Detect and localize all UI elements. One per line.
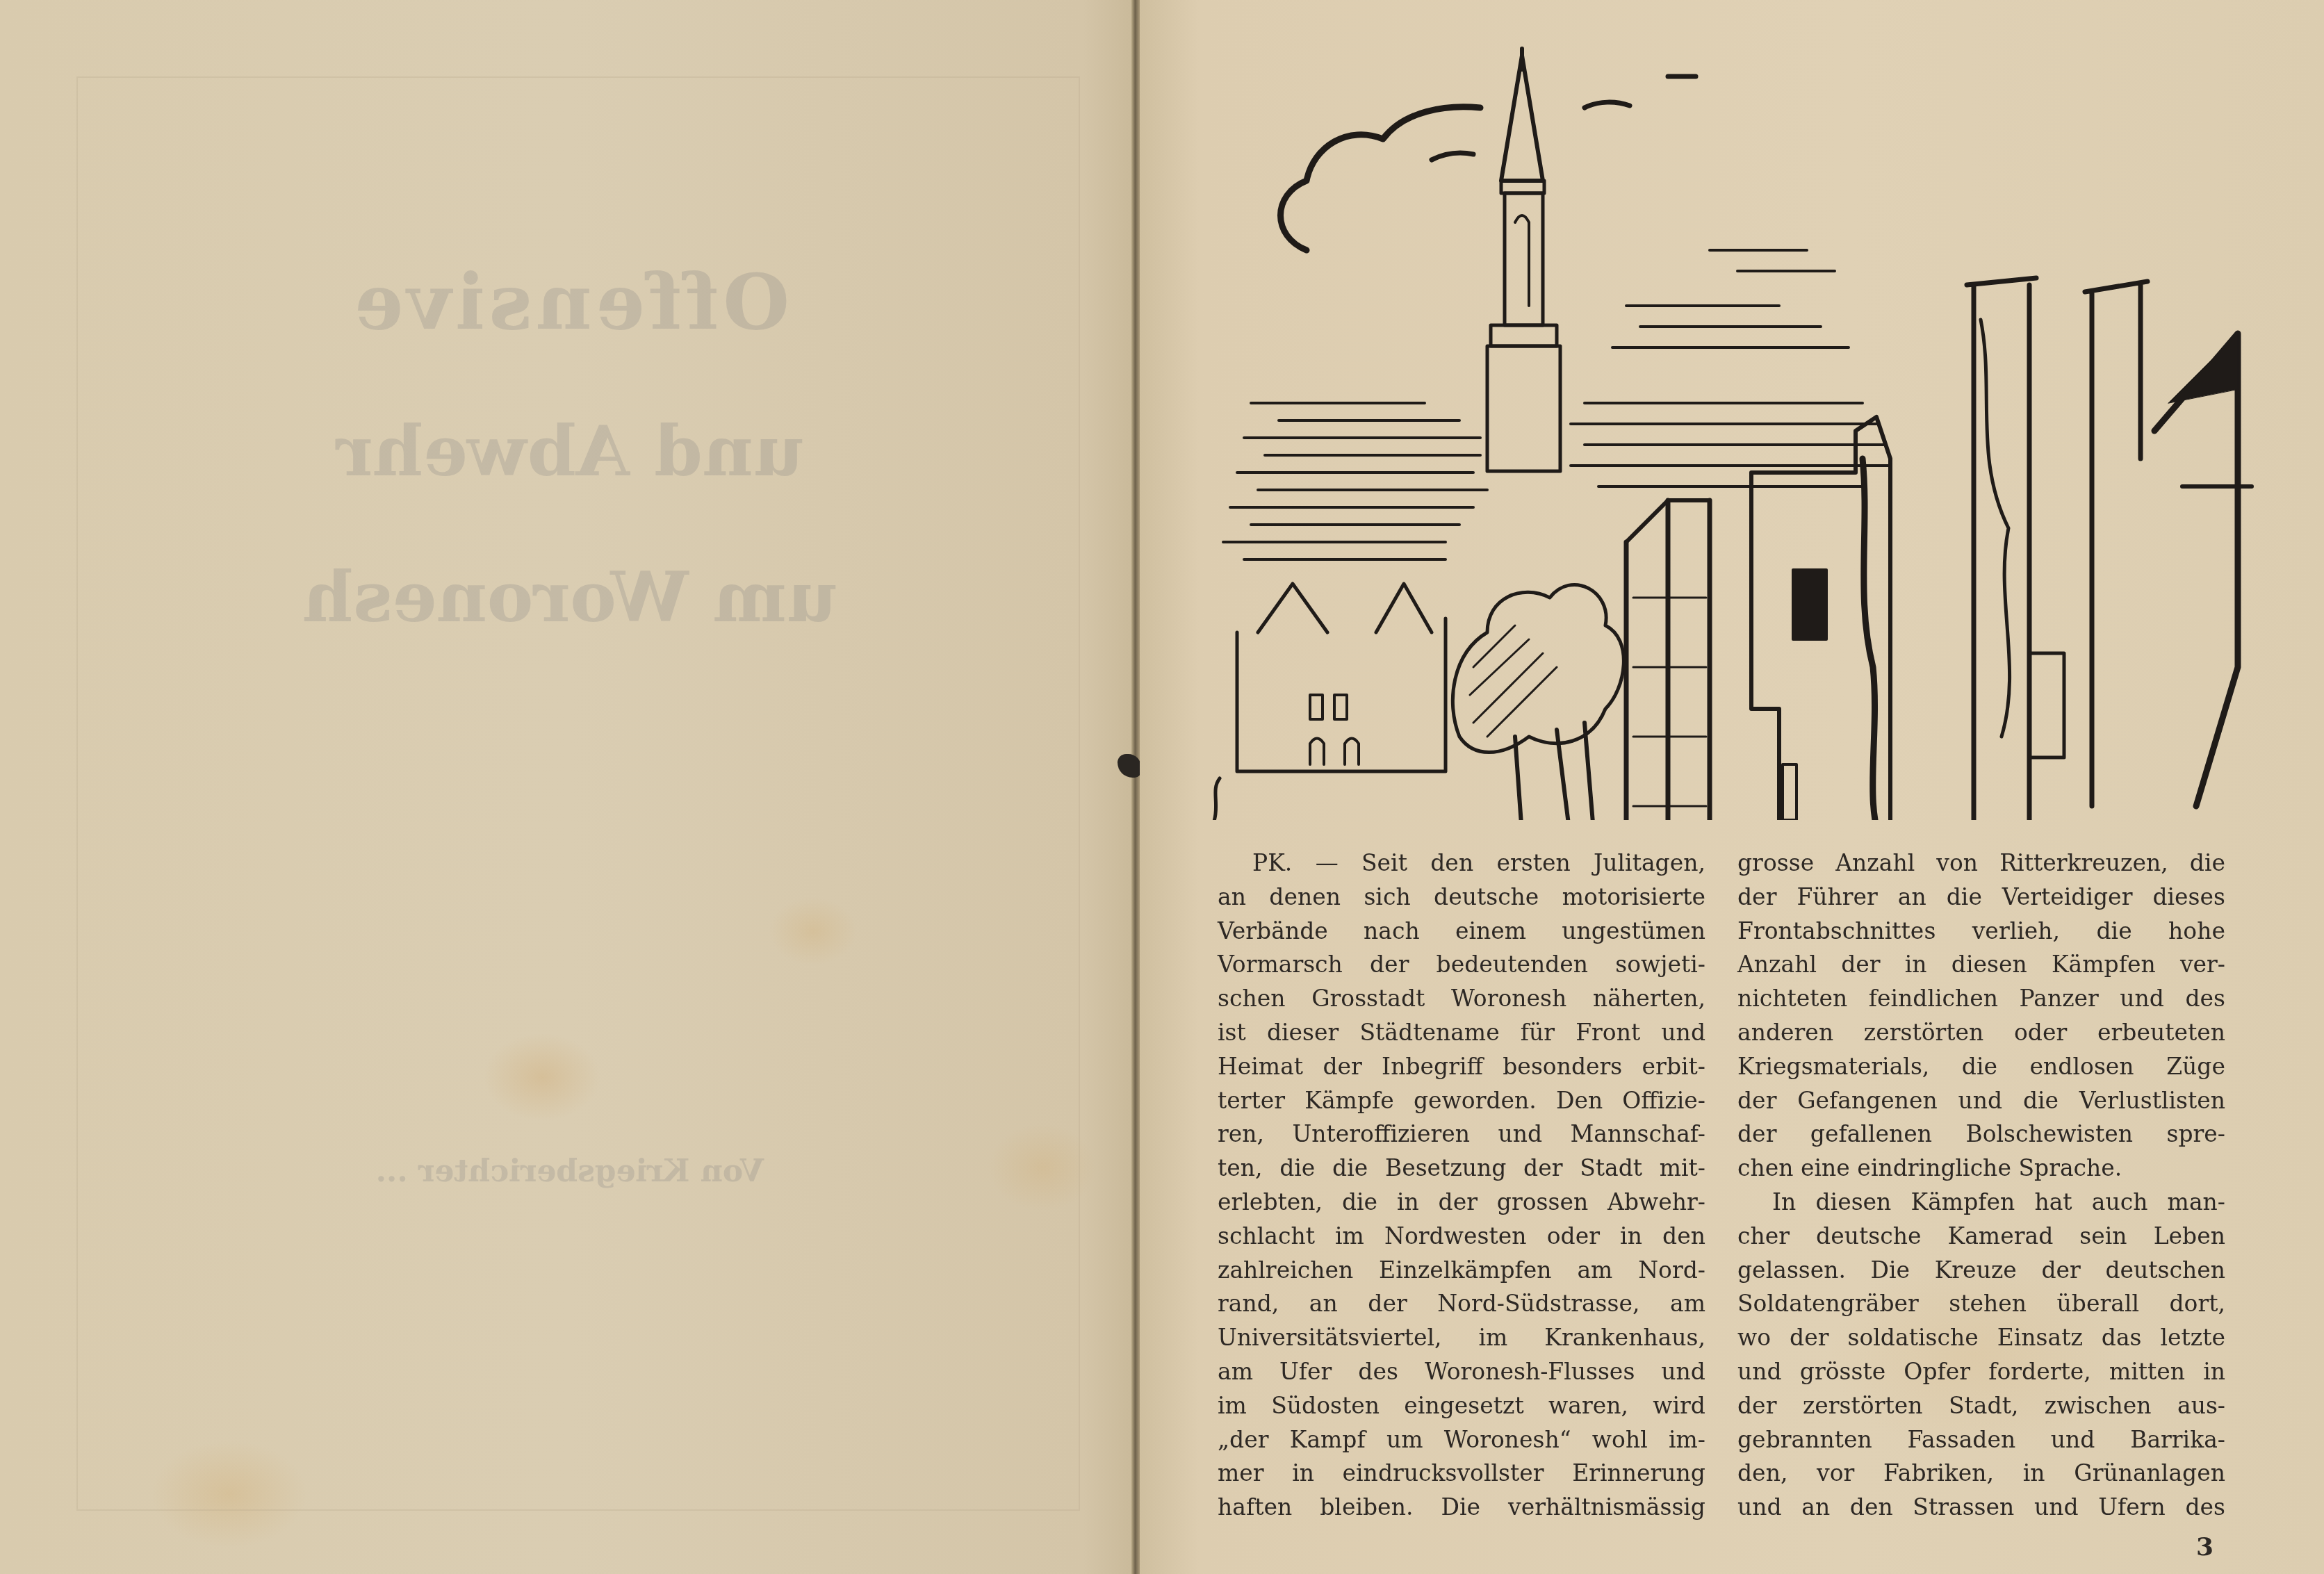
text-line: am Ufer des Woronesh-Flusses und xyxy=(1218,1355,1705,1389)
text-line: mer in eindrucksvollster Erinnerung xyxy=(1218,1457,1705,1491)
text-line: In diesen Kämpfen hat auch man- xyxy=(1737,1186,2225,1220)
text-column-1: PK. — Seit den ersten Julitagen, an dene… xyxy=(1218,846,1705,1525)
text-line: haften bleiben. Die verhältnismässig xyxy=(1218,1491,1705,1525)
text-line: schen Grosstadt Woronesh näherten, xyxy=(1218,982,1705,1016)
text-line: Soldatengräber stehen überall dort, xyxy=(1737,1287,2225,1321)
text-line: Kriegsmaterials, die endlosen Züge xyxy=(1737,1050,2225,1084)
text-line: ten, die die Besetzung der Stadt mit- xyxy=(1218,1151,1705,1186)
bleed-through-title-line-2: und Abwehr xyxy=(0,410,1140,492)
text-line: erlebten, die in der grossen Abwehr- xyxy=(1218,1186,1705,1220)
text-line: cher deutsche Kamerad sein Leben xyxy=(1737,1220,2225,1254)
bleed-through-title-line-3: um Woronesh xyxy=(0,556,1140,638)
bleed-through-byline: Von Kriegsberichter ... xyxy=(0,1154,1140,1189)
text-line: der gefallenen Bolschewisten spre- xyxy=(1737,1117,2225,1151)
text-line: schlacht im Nordwesten oder in den xyxy=(1218,1220,1705,1254)
text-line: zahlreichen Einzelkämpfen am Nord- xyxy=(1218,1254,1705,1288)
text-line: gelassen. Die Kreuze der deutschen xyxy=(1737,1254,2225,1288)
text-line: der Gefangenen und die Verlustlisten xyxy=(1737,1084,2225,1118)
text-line: der zerstörten Stadt, zwischen aus- xyxy=(1737,1389,2225,1423)
text-column-2: grosse Anzahl von Ritterkreuzen, die der… xyxy=(1737,846,2225,1525)
booklet-spread: Offensive und Abwehr um Woronesh Von Kri… xyxy=(0,0,2324,1574)
article-body: PK. — Seit den ersten Julitagen, an dene… xyxy=(1218,846,2225,1525)
text-line: chen eine eindringliche Sprache. xyxy=(1737,1151,2225,1186)
text-line: gebrannten Fassaden und Barrika- xyxy=(1737,1423,2225,1457)
text-line: ist dieser Städtename für Front und xyxy=(1218,1016,1705,1050)
text-line: und an den Strassen und Ufern des xyxy=(1737,1491,2225,1525)
text-line: und grösste Opfer forderte, mitten in xyxy=(1737,1355,2225,1389)
text-line: anderen zerstörten oder erbeuteten xyxy=(1737,1016,2225,1050)
text-line: Frontabschnittes verlieh, die hohe xyxy=(1737,915,2225,949)
text-line: wo der soldatische Einsatz das letzte xyxy=(1737,1321,2225,1355)
text-line: Verbände nach einem ungestümen xyxy=(1218,915,1705,949)
bleed-through-title-line-1: Offensive xyxy=(0,257,1140,347)
text-line: ren, Unteroffizieren und Mannschaf- xyxy=(1218,1117,1705,1151)
ruined-city-illustration xyxy=(1195,42,2266,820)
text-line: Vormarsch der bedeutenden sowjeti- xyxy=(1218,948,1705,982)
text-line: grosse Anzahl von Ritterkreuzen, die xyxy=(1737,846,2225,880)
text-line: terter Kämpfe geworden. Den Offizie- xyxy=(1218,1084,1705,1118)
page-number: 3 xyxy=(2196,1532,2213,1561)
text-line: an denen sich deutsche motorisierte xyxy=(1218,880,1705,915)
left-page: Offensive und Abwehr um Woronesh Von Kri… xyxy=(0,0,1140,1574)
book-spine xyxy=(1131,0,1140,1574)
text-line: der Führer an die Verteidiger dieses xyxy=(1737,880,2225,915)
text-line: PK. — Seit den ersten Julitagen, xyxy=(1218,846,1705,880)
text-line: rand, an der Nord-Südstrasse, am xyxy=(1218,1287,1705,1321)
right-page: PK. — Seit den ersten Julitagen, an dene… xyxy=(1140,0,2324,1574)
text-line: den, vor Fabriken, in Grünanlagen xyxy=(1737,1457,2225,1491)
text-line: Heimat der Inbegriff besonders erbit- xyxy=(1218,1050,1705,1084)
text-line: nichteten feindlichen Panzer und des xyxy=(1737,982,2225,1016)
text-line: im Südosten eingesetzt waren, wird xyxy=(1218,1389,1705,1423)
text-line: Universitätsviertel, im Krankenhaus, xyxy=(1218,1321,1705,1355)
text-line: Anzahl der in diesen Kämpfen ver- xyxy=(1737,948,2225,982)
text-line: „der Kampf um Woronesh“ wohl im- xyxy=(1218,1423,1705,1457)
